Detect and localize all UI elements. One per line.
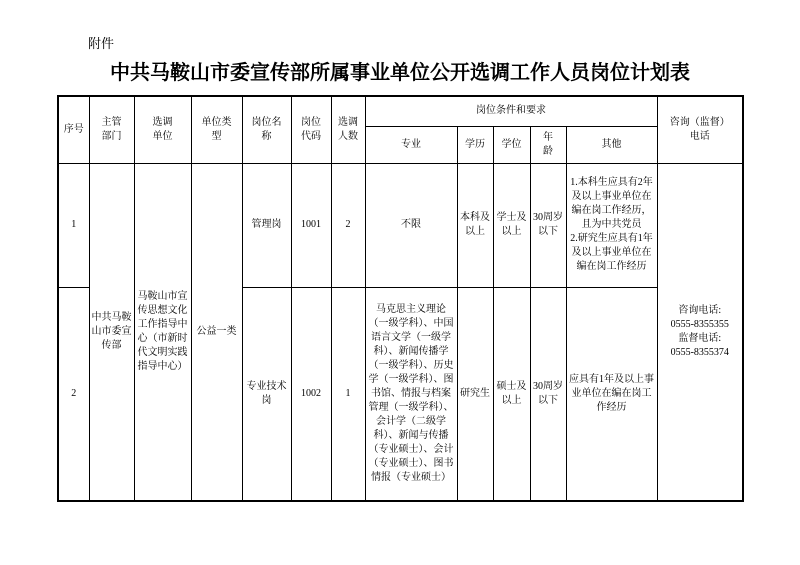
attachment-label: 附件 (88, 36, 114, 52)
col-header-other: 其他 (566, 126, 657, 163)
col-header-unit: 选调 单位 (134, 96, 191, 163)
col-header-count: 选调 人数 (331, 96, 365, 163)
col-header-phone: 咨询（监督） 电话 (657, 96, 743, 163)
cell-post-name: 管理岗 (242, 163, 291, 287)
col-header-post-code: 岗位 代码 (291, 96, 331, 163)
col-header-post-name: 岗位名 称 (242, 96, 291, 163)
col-header-unit-type: 单位类 型 (191, 96, 242, 163)
cell-age: 30周岁以下 (530, 287, 566, 501)
cell-dept-merged: 中共马鞍山市委宣传部 (89, 163, 134, 501)
cell-age: 30周岁以下 (530, 163, 566, 287)
cell-post-code: 1001 (291, 163, 331, 287)
cell-count: 1 (331, 287, 365, 501)
cell-degree: 硕士及以上 (493, 287, 530, 501)
col-header-requirements-group: 岗位条件和要求 (365, 96, 657, 126)
document-page: 附件 中共马鞍山市委宣传部所属事业单位公开选调工作人员岗位计划表 序号 主管 部… (0, 0, 800, 565)
col-header-age: 年 龄 (530, 126, 566, 163)
cell-major: 不限 (365, 163, 457, 287)
cell-degree: 学士及以上 (493, 163, 530, 287)
table-header-row-top: 序号 主管 部门 选调 单位 单位类 型 岗位名 称 岗位 代码 选调 人数 岗… (58, 96, 743, 126)
cell-post-code: 1002 (291, 287, 331, 501)
cell-other: 1.本科生应具有2年及以上事业单位在编在岗工作经历，且为中共党员 2.研究生应具… (566, 163, 657, 287)
col-header-education: 学历 (457, 126, 493, 163)
col-header-major: 专业 (365, 126, 457, 163)
cell-seq: 2 (58, 287, 89, 501)
position-plan-table: 序号 主管 部门 选调 单位 单位类 型 岗位名 称 岗位 代码 选调 人数 岗… (57, 95, 744, 502)
cell-seq: 1 (58, 163, 89, 287)
cell-unit-type-merged: 公益一类 (191, 163, 242, 501)
cell-unit-merged: 马鞍山市宣传思想文化工作指导中心（市新时代文明实践指导中心） (134, 163, 191, 501)
cell-phone-merged: 咨询电话: 0555-8355355 监督电话: 0555-8355374 (657, 163, 743, 501)
col-header-seq: 序号 (58, 96, 89, 163)
position-row-1: 1 中共马鞍山市委宣传部 马鞍山市宣传思想文化工作指导中心（市新时代文明实践指导… (58, 163, 743, 287)
cell-count: 2 (331, 163, 365, 287)
page-title: 中共马鞍山市委宣传部所属事业单位公开选调工作人员岗位计划表 (0, 60, 800, 86)
cell-education: 研究生 (457, 287, 493, 501)
col-header-dept: 主管 部门 (89, 96, 134, 163)
col-header-degree: 学位 (493, 126, 530, 163)
cell-post-name: 专业技术岗 (242, 287, 291, 501)
cell-other: 应具有1年及以上事业单位在编在岗工作经历 (566, 287, 657, 501)
cell-major: 马克思主义理论（一级学科）、中国语言文学（一级学科）、新闻传播学（一级学科）、历… (365, 287, 457, 501)
cell-education: 本科及以上 (457, 163, 493, 287)
